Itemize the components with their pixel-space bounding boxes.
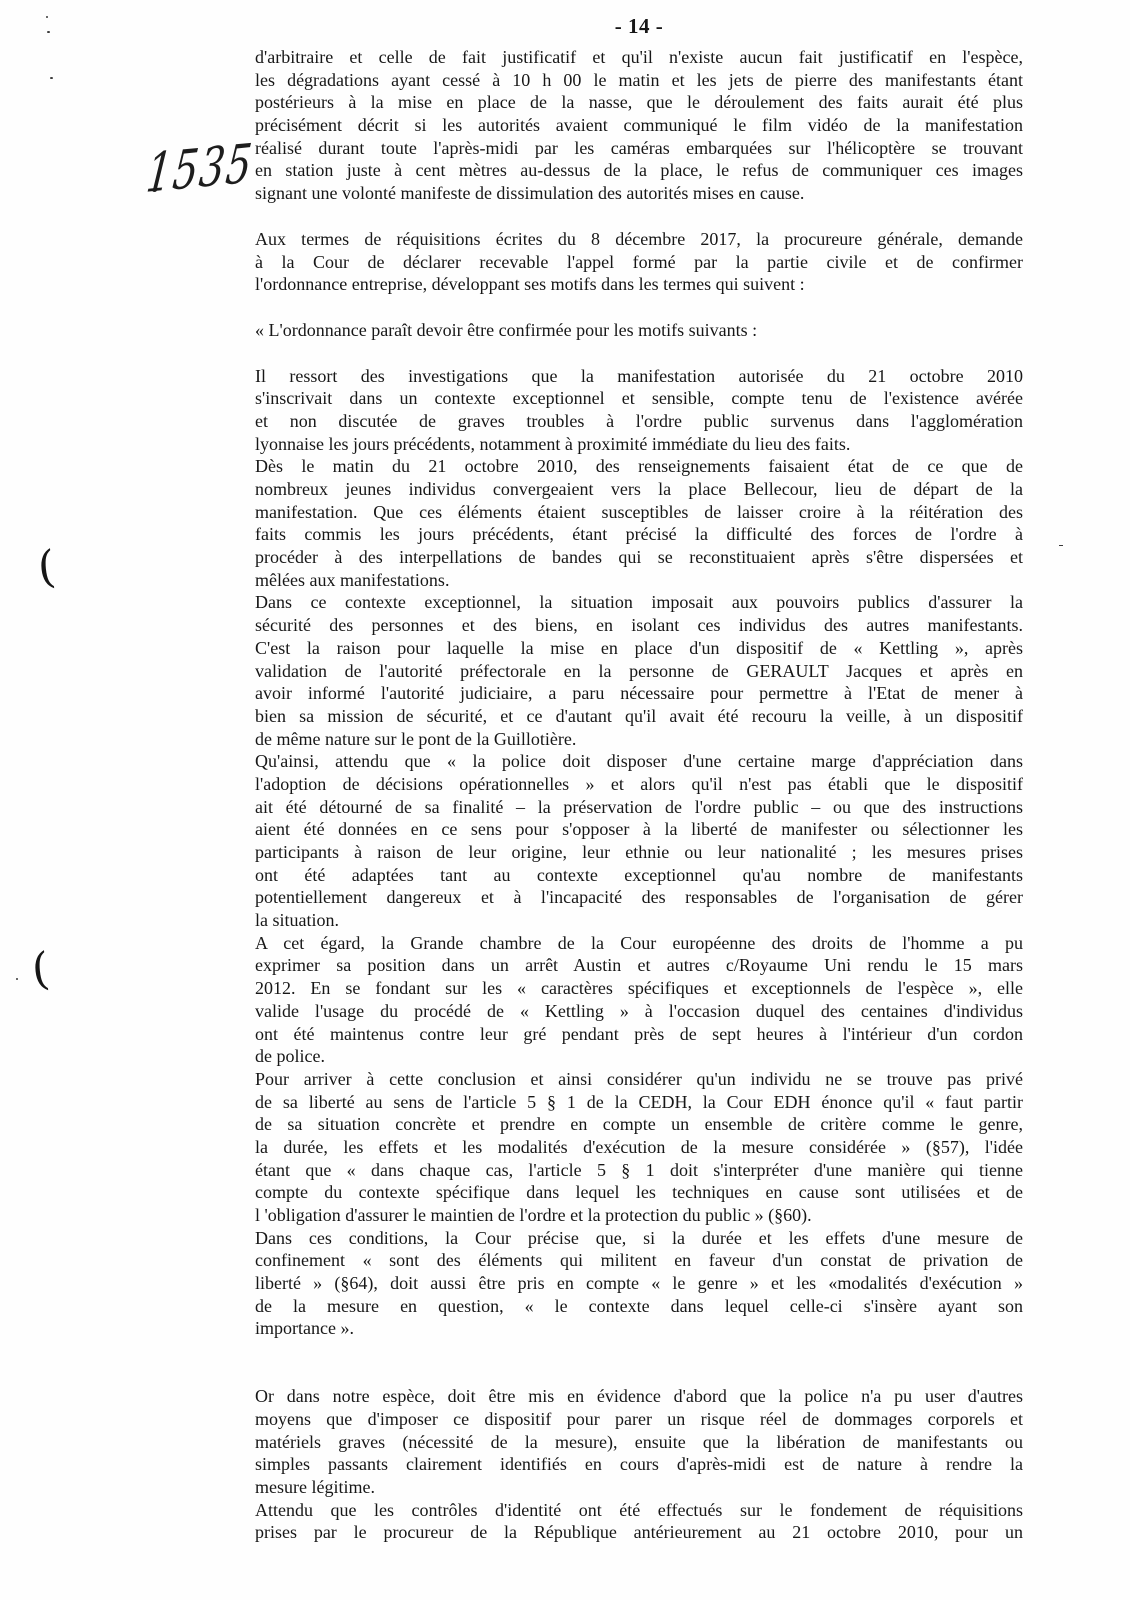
paragraph: Or dans notre espèce, doit être mis en é… [255, 1385, 1023, 1498]
text-line: avoir informé l'autorité judiciaire, a p… [255, 682, 1023, 705]
text-line: postérieurs à la mise en place de la nas… [255, 91, 1023, 114]
margin-parenthesis-mark: ( [30, 947, 52, 993]
text-line: liberté » (§64), doit aussi être pris en… [255, 1272, 1023, 1295]
paragraph: « L'ordonnance paraît devoir être confir… [255, 319, 1023, 342]
text-line: participants à raison de leur origine, l… [255, 841, 1023, 864]
text-line: exprimer sa position dans un arrêt Austi… [255, 954, 1023, 977]
text-line: valide l'usage du procédé de « Kettling … [255, 1000, 1023, 1023]
text-line: s'inscrivait dans un contexte exceptionn… [255, 387, 1023, 410]
text-line: Qu'ainsi, attendu que « la police doit d… [255, 750, 1023, 773]
ink-speck [46, 16, 48, 18]
text-line: la situation. [255, 909, 1023, 932]
text-line: la durée, les effets et les modalités d'… [255, 1136, 1023, 1159]
text-line: réalisé durant toute l'après-midi par le… [255, 137, 1023, 160]
scanned-document-page: { "page": { "number_label": "- 14 -" }, … [0, 0, 1130, 1600]
paragraph: Dès le matin du 21 octobre 2010, des ren… [255, 455, 1023, 591]
text-line: « L'ordonnance paraît devoir être confir… [255, 319, 1023, 342]
text-line: validation de l'autorité préfectorale en… [255, 660, 1023, 683]
paragraph: Dans ces conditions, la Cour précise que… [255, 1227, 1023, 1340]
ink-speck [50, 77, 53, 79]
text-line: simples passants clairement identifiés e… [255, 1453, 1023, 1476]
text-line: ont été maintenus contre leur gré pendan… [255, 1023, 1023, 1046]
document-text-column: d'arbitraire et celle de fait justificat… [255, 46, 1023, 1544]
paragraph: Qu'ainsi, attendu que « la police doit d… [255, 750, 1023, 932]
text-line: C'est la raison pour laquelle la mise en… [255, 637, 1023, 660]
text-line: 2012. En se fondant sur les « caractères… [255, 977, 1023, 1000]
text-line: à la Cour de déclarer recevable l'appel … [255, 251, 1023, 274]
text-line: de police. [255, 1045, 1023, 1068]
text-line: Dès le matin du 21 octobre 2010, des ren… [255, 455, 1023, 478]
text-line: manifestation. Que ces éléments étaient … [255, 501, 1023, 524]
text-line: compte du contexte spécifique dans leque… [255, 1181, 1023, 1204]
text-line: Pour arriver à cette conclusion et ainsi… [255, 1068, 1023, 1091]
text-line: Il ressort des investigations que la man… [255, 365, 1023, 388]
page-number: - 14 - [255, 14, 1023, 39]
text-line: A cet égard, la Grande chambre de la Cou… [255, 932, 1023, 955]
paragraph: Aux termes de réquisitions écrites du 8 … [255, 228, 1023, 296]
text-line: mesure légitime. [255, 1476, 1023, 1499]
text-line: sécurité des personnes et des biens, en … [255, 614, 1023, 637]
text-line: en station juste à cent mètres au-dessus… [255, 159, 1023, 182]
text-line: de la mesure en question, « le contexte … [255, 1295, 1023, 1318]
text-line: Aux termes de réquisitions écrites du 8 … [255, 228, 1023, 251]
text-line: mêlées aux manifestations. [255, 569, 1023, 592]
text-line: de sa situation concrète et prendre en c… [255, 1113, 1023, 1136]
text-line: lyonnaise les jours précédents, notammen… [255, 433, 1023, 456]
text-line: ont été adaptées tant au contexte except… [255, 864, 1023, 887]
text-line: importance ». [255, 1317, 1023, 1340]
text-line: Dans ce contexte exceptionnel, la situat… [255, 591, 1023, 614]
paragraph: Il ressort des investigations que la man… [255, 365, 1023, 456]
text-line: prises par le procureur de la République… [255, 1521, 1023, 1544]
text-line: de même nature sur le pont de la Guillot… [255, 728, 1023, 751]
text-line: l'ordonnance entreprise, développant ses… [255, 273, 1023, 296]
ink-speck [16, 978, 18, 980]
text-line: Or dans notre espèce, doit être mis en é… [255, 1385, 1023, 1408]
text-line: et non discutée de graves troubles à l'o… [255, 410, 1023, 433]
text-line: de sa liberté au sens de l'article 5 § 1… [255, 1091, 1023, 1114]
ink-speck [47, 31, 50, 33]
text-line: étant que « dans chaque cas, l'article 5… [255, 1159, 1023, 1182]
text-line: signant une volonté manifeste de dissimu… [255, 182, 1023, 205]
text-line: d'arbitraire et celle de fait justificat… [255, 46, 1023, 69]
text-line: matériels graves (nécessité de la mesure… [255, 1431, 1023, 1454]
paragraph: Dans ce contexte exceptionnel, la situat… [255, 591, 1023, 750]
text-line: aient été données en ce sens pour s'oppo… [255, 818, 1023, 841]
text-line: faits commis les jours précédents, étant… [255, 523, 1023, 546]
ink-speck [1059, 545, 1063, 546]
paragraph: A cet égard, la Grande chambre de la Cou… [255, 932, 1023, 1068]
text-line: potentiellement dangereux et à l'incapac… [255, 886, 1023, 909]
text-line: précisément décrit si les autorités avai… [255, 114, 1023, 137]
text-line: confinement « sont des éléments qui mili… [255, 1249, 1023, 1272]
text-line: Attendu que les contrôles d'identité ont… [255, 1499, 1023, 1522]
paragraph: d'arbitraire et celle de fait justificat… [255, 46, 1023, 205]
text-line: moyens que d'imposer ce dispositif pour … [255, 1408, 1023, 1431]
text-line: l 'obligation d'assurer le maintien de l… [255, 1204, 1023, 1227]
text-line: Dans ces conditions, la Cour précise que… [255, 1227, 1023, 1250]
text-line: procéder à des interpellations de bandes… [255, 546, 1023, 569]
margin-parenthesis-mark: ( [36, 545, 58, 591]
paragraph: Pour arriver à cette conclusion et ainsi… [255, 1068, 1023, 1227]
text-line: nombreux jeunes individus convergeaient … [255, 478, 1023, 501]
text-line: ait été détourné de sa finalité – la pré… [255, 796, 1023, 819]
text-line: l'adoption de décisions opérationnelles … [255, 773, 1023, 796]
text-line: bien sa mission de sécurité, et ce d'aut… [255, 705, 1023, 728]
paragraph: Attendu que les contrôles d'identité ont… [255, 1499, 1023, 1544]
text-line: les dégradations ayant cessé à 10 h 00 l… [255, 69, 1023, 92]
handwritten-page-number: 1535 [144, 132, 256, 205]
